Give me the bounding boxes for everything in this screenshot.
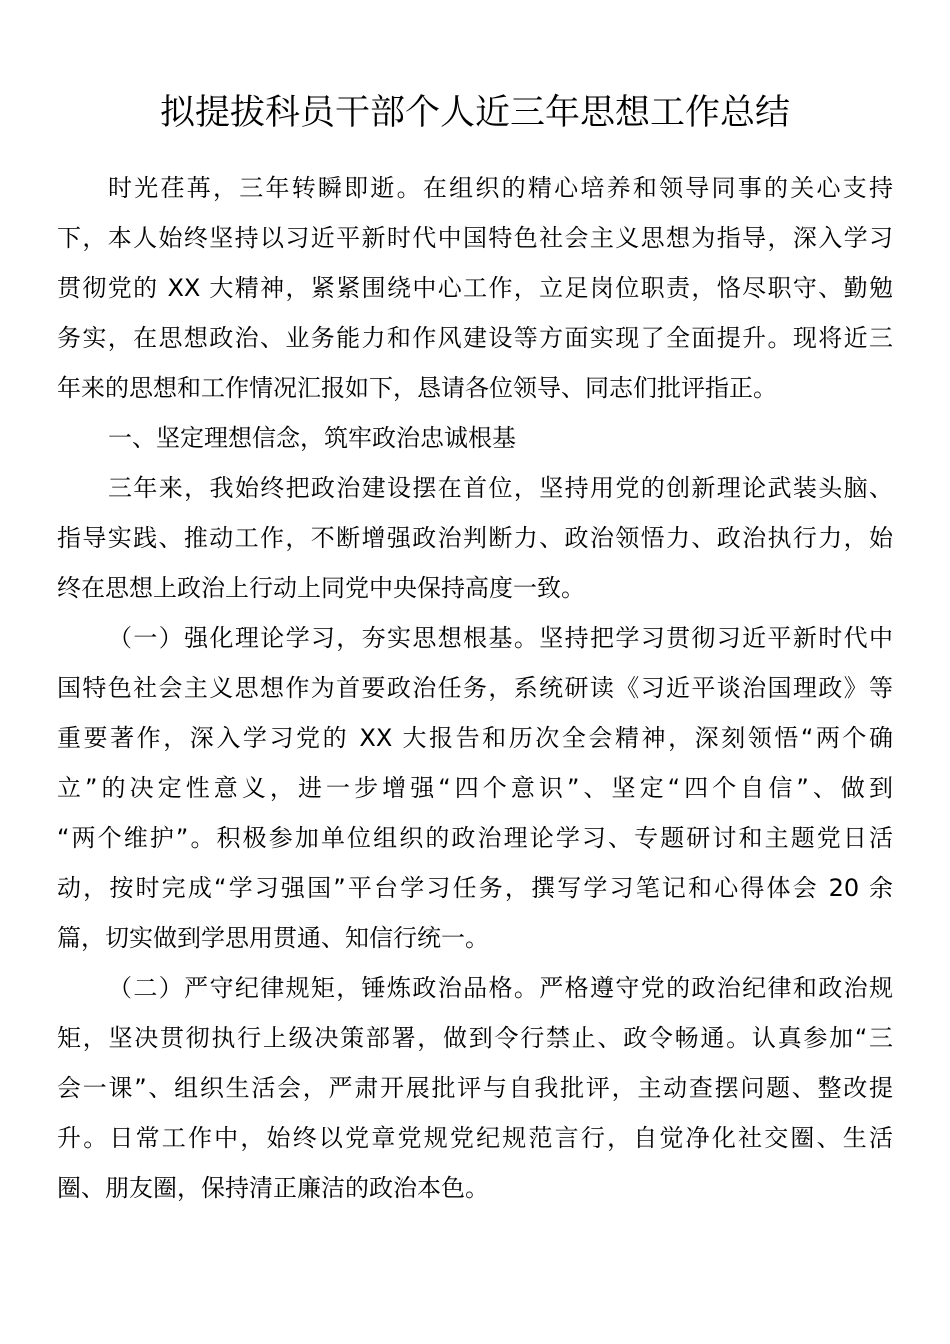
- paragraph-line: 指导实践、推动工作，不断增强政治判断力、政治领悟力、政治执行力，始: [57, 513, 893, 563]
- paragraph-subsection-1: （一）强化理论学习，夯实思想根基。坚持把学习贯彻习近平新时代中 国特色社会主义思…: [57, 613, 893, 963]
- paragraph-line: 年来的思想和工作情况汇报如下，恳请各位领导、同志们批评指正。: [57, 363, 893, 413]
- paragraph-line: 务实，在思想政治、业务能力和作风建设等方面实现了全面提升。现将近三: [57, 313, 893, 363]
- paragraph-line: 国特色社会主义思想作为首要政治任务，系统研读《习近平谈治国理政》等: [57, 663, 893, 713]
- paragraph-line: （一）强化理论学习，夯实思想根基。坚持把学习贯彻习近平新时代中: [57, 613, 893, 663]
- paragraph-line: 动，按时完成“学习强国”平台学习任务，撰写学习笔记和心得体会 20 余: [57, 863, 893, 913]
- document-title: 拟提拔科员干部个人近三年思想工作总结: [0, 89, 950, 137]
- paragraph-line: 下，本人始终坚持以习近平新时代中国特色社会主义思想为指导，深入学习: [57, 213, 893, 263]
- paragraph-line: 立”的决定性意义，进一步增强“四个意识”、坚定“四个自信”、做到: [57, 763, 893, 813]
- paragraph-line: 三年来，我始终把政治建设摆在首位，坚持用党的创新理论武装头脑、: [57, 463, 893, 513]
- section-heading: 一、坚定理想信念，筑牢政治忠诚根基: [57, 413, 893, 463]
- paragraph-section-1-overview: 三年来，我始终把政治建设摆在首位，坚持用党的创新理论武装头脑、 指导实践、推动工…: [57, 463, 893, 613]
- paragraph-line: 时光荏苒，三年转瞬即逝。在组织的精心培养和领导同事的关心支持: [57, 163, 893, 213]
- document-body: 时光荏苒，三年转瞬即逝。在组织的精心培养和领导同事的关心支持 下，本人始终坚持以…: [57, 163, 893, 1213]
- paragraph-line: 重要著作，深入学习党的 XX 大报告和历次全会精神，深刻领悟“两个确: [57, 713, 893, 763]
- paragraph-line: 圈、朋友圈，保持清正廉洁的政治本色。: [57, 1163, 893, 1213]
- paragraph-line: 会一课”、组织生活会，严肃开展批评与自我批评，主动查摆问题、整改提: [57, 1063, 893, 1113]
- paragraph-subsection-2: （二）严守纪律规矩，锤炼政治品格。严格遵守党的政治纪律和政治规 矩，坚决贯彻执行…: [57, 963, 893, 1213]
- paragraph-intro: 时光荏苒，三年转瞬即逝。在组织的精心培养和领导同事的关心支持 下，本人始终坚持以…: [57, 163, 893, 413]
- paragraph-line: 终在思想上政治上行动上同党中央保持高度一致。: [57, 563, 893, 613]
- paragraph-line: 贯彻党的 XX 大精神，紧紧围绕中心工作，立足岗位职责，恪尽职守、勤勉: [57, 263, 893, 313]
- document-page: 拟提拔科员干部个人近三年思想工作总结 时光荏苒，三年转瞬即逝。在组织的精心培养和…: [0, 0, 950, 1344]
- paragraph-line: 升。日常工作中，始终以党章党规党纪规范言行，自觉净化社交圈、生活: [57, 1113, 893, 1163]
- paragraph-line: 篇，切实做到学思用贯通、知信行统一。: [57, 913, 893, 963]
- paragraph-line: “两个维护”。积极参加单位组织的政治理论学习、专题研讨和主题党日活: [57, 813, 893, 863]
- paragraph-line: 矩，坚决贯彻执行上级决策部署，做到令行禁止、政令畅通。认真参加“三: [57, 1013, 893, 1063]
- paragraph-line: （二）严守纪律规矩，锤炼政治品格。严格遵守党的政治纪律和政治规: [57, 963, 893, 1013]
- section-heading-1: 一、坚定理想信念，筑牢政治忠诚根基: [57, 413, 893, 463]
